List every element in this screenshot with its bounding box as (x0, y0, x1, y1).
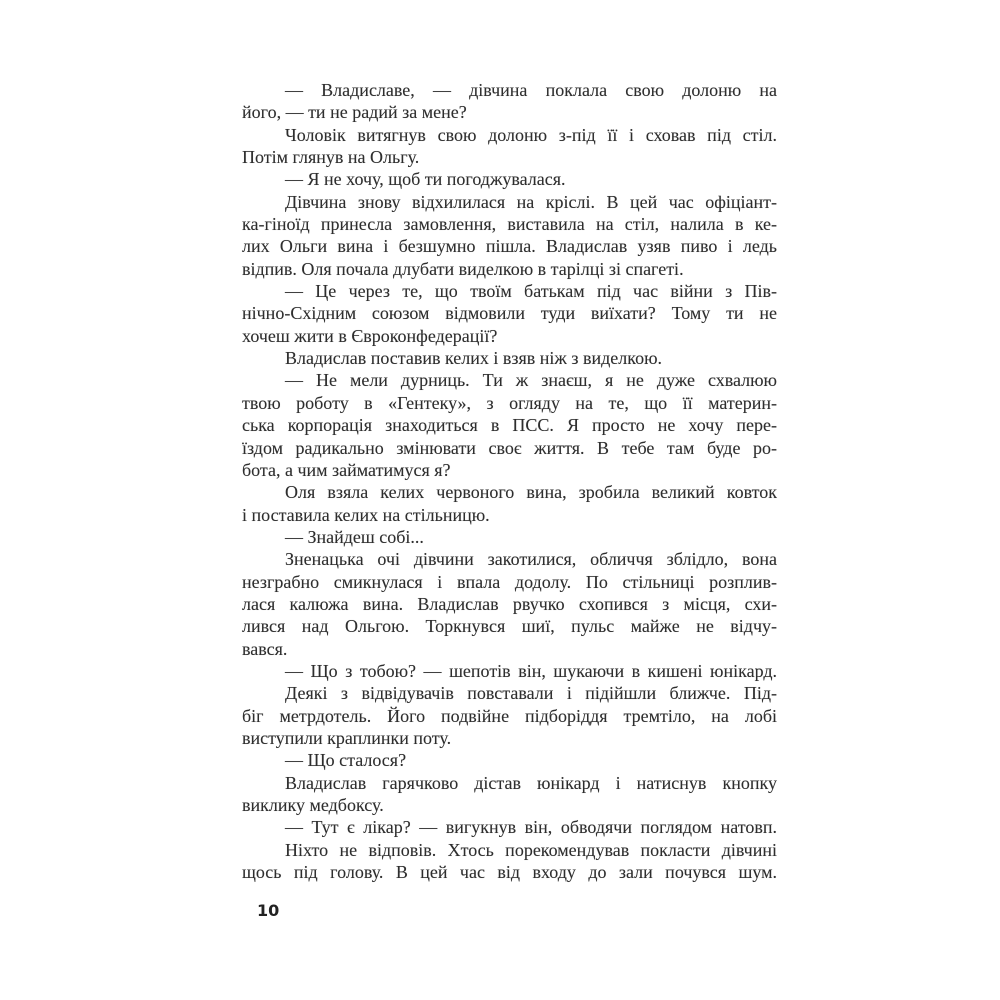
text-line: ка-гіноїд принесла замовлення, виставила… (242, 213, 777, 235)
text-line: Владислав гарячково дістав юнікард і нат… (242, 772, 777, 794)
text-line: вався. (242, 638, 777, 660)
text-line: — Я не хочу, щоб ти погоджувалася. (242, 168, 777, 190)
text-line: — Знайдеш собі... (242, 526, 777, 548)
text-line: — Тут є лікар? — вигукнув він, обводячи … (242, 816, 777, 838)
text-line: лих Ольги вина і безшумно пішла. Владисл… (242, 235, 777, 257)
text-line: лася калюжа вина. Владислав рвучко схопи… (242, 593, 777, 615)
text-line: лився над Ольгою. Торкнувся шиї, пульс м… (242, 615, 777, 637)
text-line: Владислав поставив келих і взяв ніж з ви… (242, 347, 777, 369)
text-line: — Не мели дурниць. Ти ж знаєш, я не дуже… (242, 369, 777, 391)
text-line: Дівчина знову відхилилася на кріслі. В ц… (242, 191, 777, 213)
text-line: і поставила келих на стільницю. (242, 504, 777, 526)
text-line: твою роботу в «Гентеку», з огляду на те,… (242, 392, 777, 414)
text-line: нічно-Східним союзом відмовили туди виїх… (242, 302, 777, 324)
text-line: його, — ти не радий за мене? (242, 101, 777, 123)
text-line: виступили краплинки поту. (242, 727, 777, 749)
page-number: 10 (257, 901, 279, 920)
text-line: бота, а чим займатимуся я? (242, 459, 777, 481)
book-page: — Владиславе, — дівчина поклала свою дол… (0, 0, 1000, 1000)
text-line: їздом радикально змінювати своє життя. В… (242, 437, 777, 459)
text-block: — Владиславе, — дівчина поклала свою дол… (242, 79, 777, 883)
text-line: ська корпорація знаходиться в ПСС. Я про… (242, 414, 777, 436)
text-line: незграбно смикнулася і впала додолу. По … (242, 571, 777, 593)
text-line: відпив. Оля почала длубати виделкою в та… (242, 258, 777, 280)
text-line: — Що з тобою? — шепотів він, шукаючи в к… (242, 660, 777, 682)
text-line: Оля взяла келих червоного вина, зробила … (242, 481, 777, 503)
text-line: Деякі з відвідувачів повставали і підійш… (242, 682, 777, 704)
text-line: хочеш жити в Євроконфедерації? (242, 325, 777, 347)
text-line: біг метрдотель. Його подвійне підборіддя… (242, 705, 777, 727)
text-line: — Що сталося? (242, 749, 777, 771)
text-line: — Владиславе, — дівчина поклала свою дол… (242, 79, 777, 101)
text-line: Потім глянув на Ольгу. (242, 146, 777, 168)
text-line: Чоловік витягнув свою долоню з-під її і … (242, 124, 777, 146)
text-line: щось під голову. В цей час від входу до … (242, 861, 777, 883)
text-line: виклику медбоксу. (242, 794, 777, 816)
text-line: Ніхто не відповів. Хтось порекомендував … (242, 839, 777, 861)
text-line: — Це через те, що твоїм батькам під час … (242, 280, 777, 302)
text-line: Зненацька очі дівчини закотилися, обличч… (242, 548, 777, 570)
